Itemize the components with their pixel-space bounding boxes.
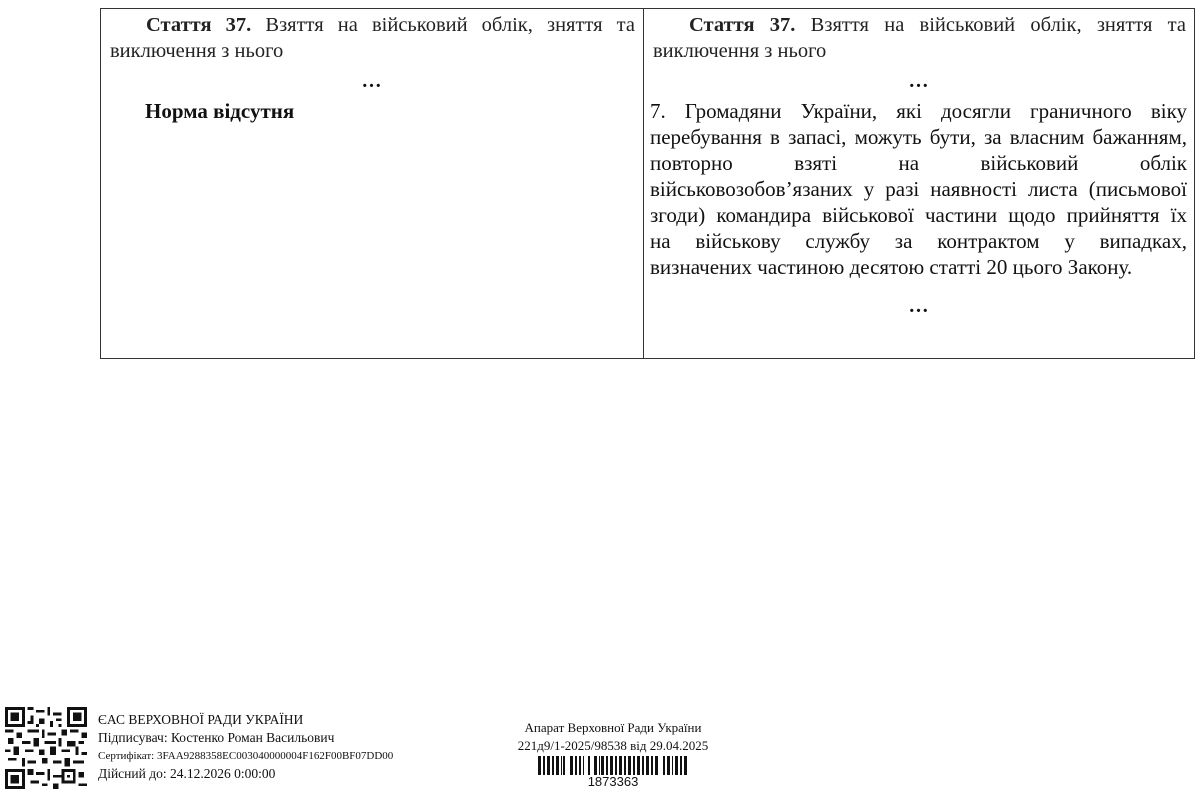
current-version-column: Стаття 37. Взяття на військовий облік, з… xyxy=(101,9,644,358)
paragraph-line: військовозобов’язаних у разі наявності л… xyxy=(650,176,1187,202)
signature-valid-until: Дійсний до: 24.12.2026 0:00:00 xyxy=(98,765,393,783)
paragraph-line: згоди) командира військової частини щодо… xyxy=(650,202,1187,228)
comparison-table: Стаття 37. Взяття на військовий облік, з… xyxy=(100,8,1195,359)
proposed-paragraph-7: 7. Громадяни України, які досягли гранич… xyxy=(650,98,1187,280)
barcode-icon xyxy=(538,756,688,775)
paragraph-line: на військову службу за контрактом у випа… xyxy=(650,228,1187,254)
registration-number: 221д9/1-2025/98538 від 29.04.2025 xyxy=(498,737,728,755)
digital-signature-block: ЄАС ВЕРХОВНОЇ РАДИ УКРАЇНИ Підписувач: К… xyxy=(98,711,393,783)
article-heading-left: Стаття 37. Взяття на військовий облік, з… xyxy=(110,12,635,64)
signature-certificate: Сертифікат: 3FAA9288358EC003040000004F16… xyxy=(98,747,393,765)
article-number: Стаття 37. xyxy=(689,14,795,36)
article-number: Стаття 37. xyxy=(146,14,251,36)
signature-org: ЄАС ВЕРХОВНОЇ РАДИ УКРАЇНИ xyxy=(98,711,393,729)
registration-stamp: Апарат Верховної Ради України 221д9/1-20… xyxy=(498,719,728,789)
article-heading-right: Стаття 37. Взяття на військовий облік, з… xyxy=(653,12,1186,64)
paragraph-line: повторно взяті на військовий облік xyxy=(650,150,1187,176)
paragraph-line: перебування в запасі, можуть бути, за вл… xyxy=(650,124,1187,150)
ellipsis-top: … xyxy=(644,71,1194,91)
proposed-version-column: Стаття 37. Взяття на військовий облік, з… xyxy=(644,9,1194,358)
barcode-number: 1873363 xyxy=(498,775,728,789)
paragraph-line: 7. Громадяни України, які досягли гранич… xyxy=(650,98,1187,124)
norm-absent-text: Норма відсутня xyxy=(145,99,294,124)
qr-code-icon xyxy=(5,707,87,789)
ellipsis-bottom: … xyxy=(644,296,1194,316)
paragraph-line: визначених частиною десятою статті 20 ць… xyxy=(650,254,1187,280)
registration-org: Апарат Верховної Ради України xyxy=(498,719,728,737)
signature-signer: Підписувач: Костенко Роман Васильович xyxy=(98,729,393,747)
ellipsis: … xyxy=(101,71,643,91)
